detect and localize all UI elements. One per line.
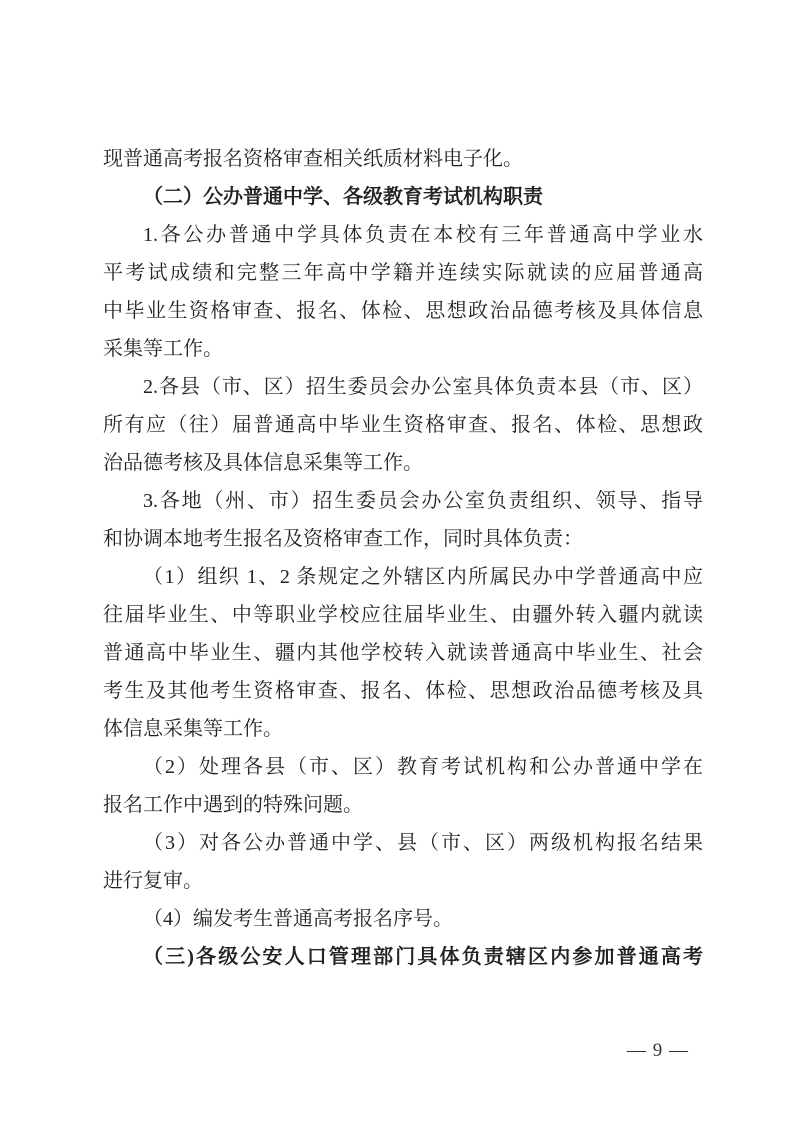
- text-line: 往届毕业生、中等职业学校应往届毕业生、由疆外转入疆内就读: [103, 596, 703, 634]
- text-line: 普通高中毕业生、疆内其他学校转入就读普通高中毕业生、社会: [103, 634, 703, 672]
- section-heading: （二）公办普通中学、各级教育考试机构职责: [103, 178, 703, 216]
- text-line: 进行复审。: [103, 862, 703, 900]
- text-line: 2.各县（市、区）招生委员会办公室具体负责本县（市、区）: [103, 368, 703, 406]
- text-line: （4）编发考生普通高考报名序号。: [103, 900, 703, 938]
- text-line: 所有应（往）届普通高中毕业生资格审查、报名、体检、思想政: [103, 406, 703, 444]
- text-line: 和协调本地考生报名及资格审查工作，同时具体负责：: [103, 520, 703, 558]
- text-line: （1）组织 1、2 条规定之外辖区内所属民办中学普通高中应: [103, 558, 703, 596]
- text-line: （3）对各公办普通中学、县（市、区）两级机构报名结果: [103, 824, 703, 862]
- text-line: 中毕业生资格审查、报名、体检、思想政治品德考核及具体信息: [103, 292, 703, 330]
- text-line: 现普通高考报名资格审查相关纸质材料电子化。: [103, 140, 703, 178]
- document-body: 现普通高考报名资格审查相关纸质材料电子化。 （二）公办普通中学、各级教育考试机构…: [103, 140, 703, 976]
- page-number: — 9 —: [558, 1038, 758, 1064]
- text-line: 采集等工作。: [103, 330, 703, 368]
- text-line: 平考试成绩和完整三年高中学籍并连续实际就读的应届普通高: [103, 254, 703, 292]
- text-line: 3.各地（州、市）招生委员会办公室负责组织、领导、指导: [103, 482, 703, 520]
- text-line: 体信息采集等工作。: [103, 710, 703, 748]
- text-line: 1.各公办普通中学具体负责在本校有三年普通高中学业水: [103, 216, 703, 254]
- text-line: （2）处理各县（市、区）教育考试机构和公办普通中学在: [103, 748, 703, 786]
- text-line: 报名工作中遇到的特殊问题。: [103, 786, 703, 824]
- document-page: 现普通高考报名资格审查相关纸质材料电子化。 （二）公办普通中学、各级教育考试机构…: [0, 0, 793, 1122]
- section-heading: （三)各级公安人口管理部门具体负责辖区内参加普通高考: [103, 938, 703, 976]
- text-line: 考生及其他考生资格审查、报名、体检、思想政治品德考核及具: [103, 672, 703, 710]
- text-line: 治品德考核及具体信息采集等工作。: [103, 444, 703, 482]
